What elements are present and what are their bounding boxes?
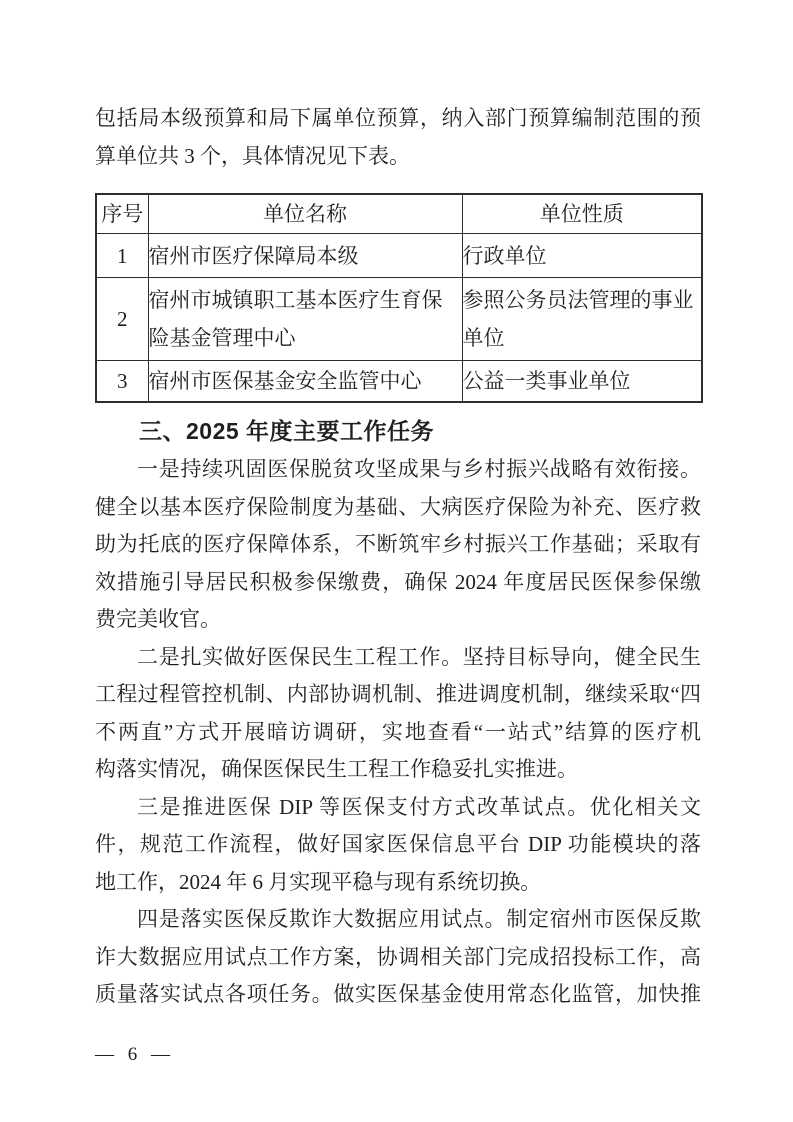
body-paragraph: 三是推进医保 DIP 等医保支付方式改革试点。优化相关文 件，规范工作流程，做好… [95,789,701,902]
header-cell-unit-type: 单位性质 [462,194,702,234]
header-cell-unit-name: 单位名称 [148,194,462,234]
cell-unit-name: 宿州市医保基金安全监管中心 [148,361,462,403]
paragraph-line: 件，规范工作流程，做好国家医保信息平台 DIP 功能模块的落 [95,826,701,864]
section-heading: 三、2025 年度主要工作任务 [95,411,701,451]
header-cell-index: 序号 [96,194,148,234]
paragraph-line: 算单位共 3 个，具体情况见下表。 [95,138,701,176]
body-paragraph: 四是落实医保反欺诈大数据应用试点。制定宿州市医保反欺 诈大数据应用试点工作方案，… [95,901,701,1014]
cell-unit-name: 宿州市医疗保障局本级 [148,234,462,278]
paragraph-line: 包括局本级预算和局下属单位预算，纳入部门预算编制范围的预 [95,100,701,138]
paragraph-line: 助为托底的医疗保障体系，不断筑牢乡村振兴工作基础；采取有 [95,526,701,564]
paragraph-line: 一是持续巩固医保脱贫攻坚成果与乡村振兴战略有效衔接。 [95,451,701,489]
paragraph-line: 二是扎实做好医保民生工程工作。坚持目标导向，健全民生 [95,639,701,677]
paragraph-line: 工程过程管控机制、内部协调机制、推进调度机制，继续采取“四 [95,676,701,714]
paragraph-line: 效措施引导居民积极参保缴费，确保 2024 年度居民医保参保缴 [95,564,701,602]
cell-unit-name: 宿州市城镇职工基本医疗生育保险基金管理中心 [148,278,462,361]
paragraph-line: 地工作，2024 年 6 月实现平稳与现有系统切换。 [95,864,701,902]
paragraph-line: 费完美收官。 [95,601,701,639]
paragraph-line: 诈大数据应用试点工作方案，协调相关部门完成招投标工作，高 [95,939,701,977]
table-header-row: 序号 单位名称 单位性质 [96,194,702,234]
budget-units-table: 序号 单位名称 单位性质 1 宿州市医疗保障局本级 行政单位 2 宿州市城镇职工… [95,193,703,403]
page-number: — 6 — [95,1042,170,1068]
cell-unit-type: 行政单位 [462,234,702,278]
body-paragraph: 二是扎实做好医保民生工程工作。坚持目标导向，健全民生 工程过程管控机制、内部协调… [95,639,701,789]
document-page: 包括局本级预算和局下属单位预算，纳入部门预算编制范围的预 算单位共 3 个，具体… [0,0,793,1122]
body-paragraph: 一是持续巩固医保脱贫攻坚成果与乡村振兴战略有效衔接。 健全以基本医疗保险制度为基… [95,451,701,639]
table-row: 3 宿州市医保基金安全监管中心 公益一类事业单位 [96,361,702,403]
cell-unit-type: 参照公务员法管理的事业单位 [462,278,702,361]
cell-index: 3 [96,361,148,403]
paragraph-line: 不两直”方式开展暗访调研，实地查看“一站式”结算的医疗机 [95,714,701,752]
table-row: 1 宿州市医疗保障局本级 行政单位 [96,234,702,278]
paragraph-line: 健全以基本医疗保险制度为基础、大病医疗保险为补充、医疗救 [95,489,701,527]
intro-paragraph: 包括局本级预算和局下属单位预算，纳入部门预算编制范围的预 算单位共 3 个，具体… [95,100,701,175]
paragraph-line: 三是推进医保 DIP 等医保支付方式改革试点。优化相关文 [95,789,701,827]
paragraph-line: 四是落实医保反欺诈大数据应用试点。制定宿州市医保反欺 [95,901,701,939]
table-row: 2 宿州市城镇职工基本医疗生育保险基金管理中心 参照公务员法管理的事业单位 [96,278,702,361]
cell-index: 1 [96,234,148,278]
cell-index: 2 [96,278,148,361]
cell-unit-type: 公益一类事业单位 [462,361,702,403]
page-content: 包括局本级预算和局下属单位预算，纳入部门预算编制范围的预 算单位共 3 个，具体… [95,100,701,1014]
paragraph-line: 构落实情况，确保医保民生工程工作稳妥扎实推进。 [95,751,701,789]
paragraph-line: 质量落实试点各项任务。做实医保基金使用常态化监管，加快推 [95,976,701,1014]
